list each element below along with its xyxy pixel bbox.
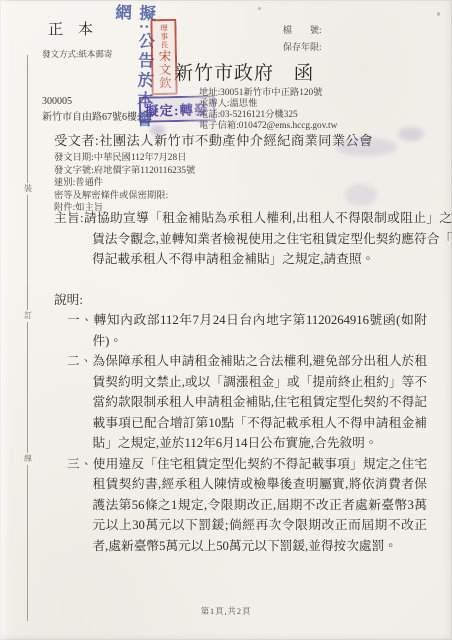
scanned-official-letter: 裝 訂 線 正 本 發文方式:紙本郵寄 檔 號: 保存年限: 新竹市政府 函 地… — [0, 0, 452, 640]
contact-person: 承辦人:溫思惟 — [199, 99, 337, 110]
agency-title: 新竹市政府 函 — [174, 58, 314, 85]
decision-stamp: 擬定:轉發 — [139, 95, 215, 123]
item-1-text: 轉知內政部112年7月24日台內地字第1120264916號函(如附件)。 — [93, 313, 428, 348]
recipient-line: 受文者:社團法人新竹市不動產仲介經紀商業同業公會 — [54, 130, 373, 149]
explanation-item-2: 二、為保障承租人申請租金補貼之合法權利,避免部分出租人於租賃契約明文禁止,或以「… — [67, 351, 427, 454]
chairman-stamp-title: 理事長 — [159, 24, 168, 50]
explanation-item-1: 一、轉知內政部112年7月24日台內地字第1120264916號函(如附件)。 — [67, 310, 427, 351]
item-2-text: 為保障承租人申請租金補貼之合法權利,避免部分出租人於租賃契約明文禁止,或以「調漲… — [93, 354, 428, 450]
binding-mark-xian: 線 — [23, 453, 33, 465]
retention-period-label: 保存年限: — [283, 40, 322, 53]
binding-mark-ding: 訂 — [23, 310, 33, 322]
subject-label: 主旨: — [54, 211, 84, 225]
ink-smudge — [150, 125, 165, 136]
page-indicator: 第1頁,共2頁 — [0, 605, 452, 617]
item-3-text: 使用違反「住宅租賃定型化契約不得記載事項」規定之住宅租賃契約書,經承租人陳情或檢… — [93, 457, 428, 553]
file-number-label: 檔 號: — [283, 23, 322, 36]
doc-number: 發文字號:府地價字第1120116235號 — [54, 165, 195, 178]
security-level: 密等及解密條件或保密期限: — [54, 190, 195, 203]
subject-text: 請協助宣導「租金補貼為承租人權利,出租人不得限制或阻止」之租賃法令觀念,並轉知業… — [84, 211, 452, 266]
chairman-stamp-name: 宋文欽 — [157, 49, 172, 90]
ink-smudge — [335, 138, 397, 156]
item-3-marker: 三、 — [67, 457, 93, 471]
recipient-zip: 300005 — [42, 96, 72, 107]
contact-phone: 電話:03-5216121分機325 — [199, 110, 337, 121]
document-meta-block: 發文日期:中華民國112年7月28日 發文字號:府地價字第1120116235號… — [54, 152, 195, 215]
issue-date: 發文日期:中華民國112年7月28日 — [54, 152, 195, 165]
chairman-name-stamp: 理事長宋文欽 — [150, 19, 177, 95]
priority: 速別:普通件 — [54, 177, 195, 190]
binding-line: 裝 訂 線 — [27, 55, 28, 621]
delivery-method: 發文方式:紙本郵寄 — [42, 48, 112, 60]
copy-type-label: 正 本 — [48, 18, 93, 39]
explanation-label: 說明: — [54, 289, 83, 308]
agency-address: 地址:30051新竹市中正路120號 — [199, 88, 337, 99]
scan-speck — [437, 12, 440, 16]
subject-paragraph: 主旨:請協助宣導「租金補貼為承租人權利,出租人不得限制或阻止」之租賃法令觀念,並… — [54, 208, 452, 270]
agency-contact-block: 地址:30051新竹市中正路120號 承辦人:溫思惟 電話:03-5216121… — [199, 88, 337, 132]
binding-mark-zhuang: 裝 — [23, 183, 33, 195]
explanation-item-3: 三、使用違反「住宅租賃定型化契約不得記載事項」規定之住宅租賃契約書,經承租人陳情… — [67, 454, 427, 557]
item-2-marker: 二、 — [67, 354, 93, 368]
ink-smudge — [345, 184, 377, 206]
item-1-marker: 一、 — [67, 313, 94, 327]
scan-speck — [258, 7, 261, 10]
explanation-items: 一、轉知內政部112年7月24日台內地字第1120264916號函(如附件)。 … — [67, 310, 427, 556]
ink-smudge — [398, 127, 424, 141]
